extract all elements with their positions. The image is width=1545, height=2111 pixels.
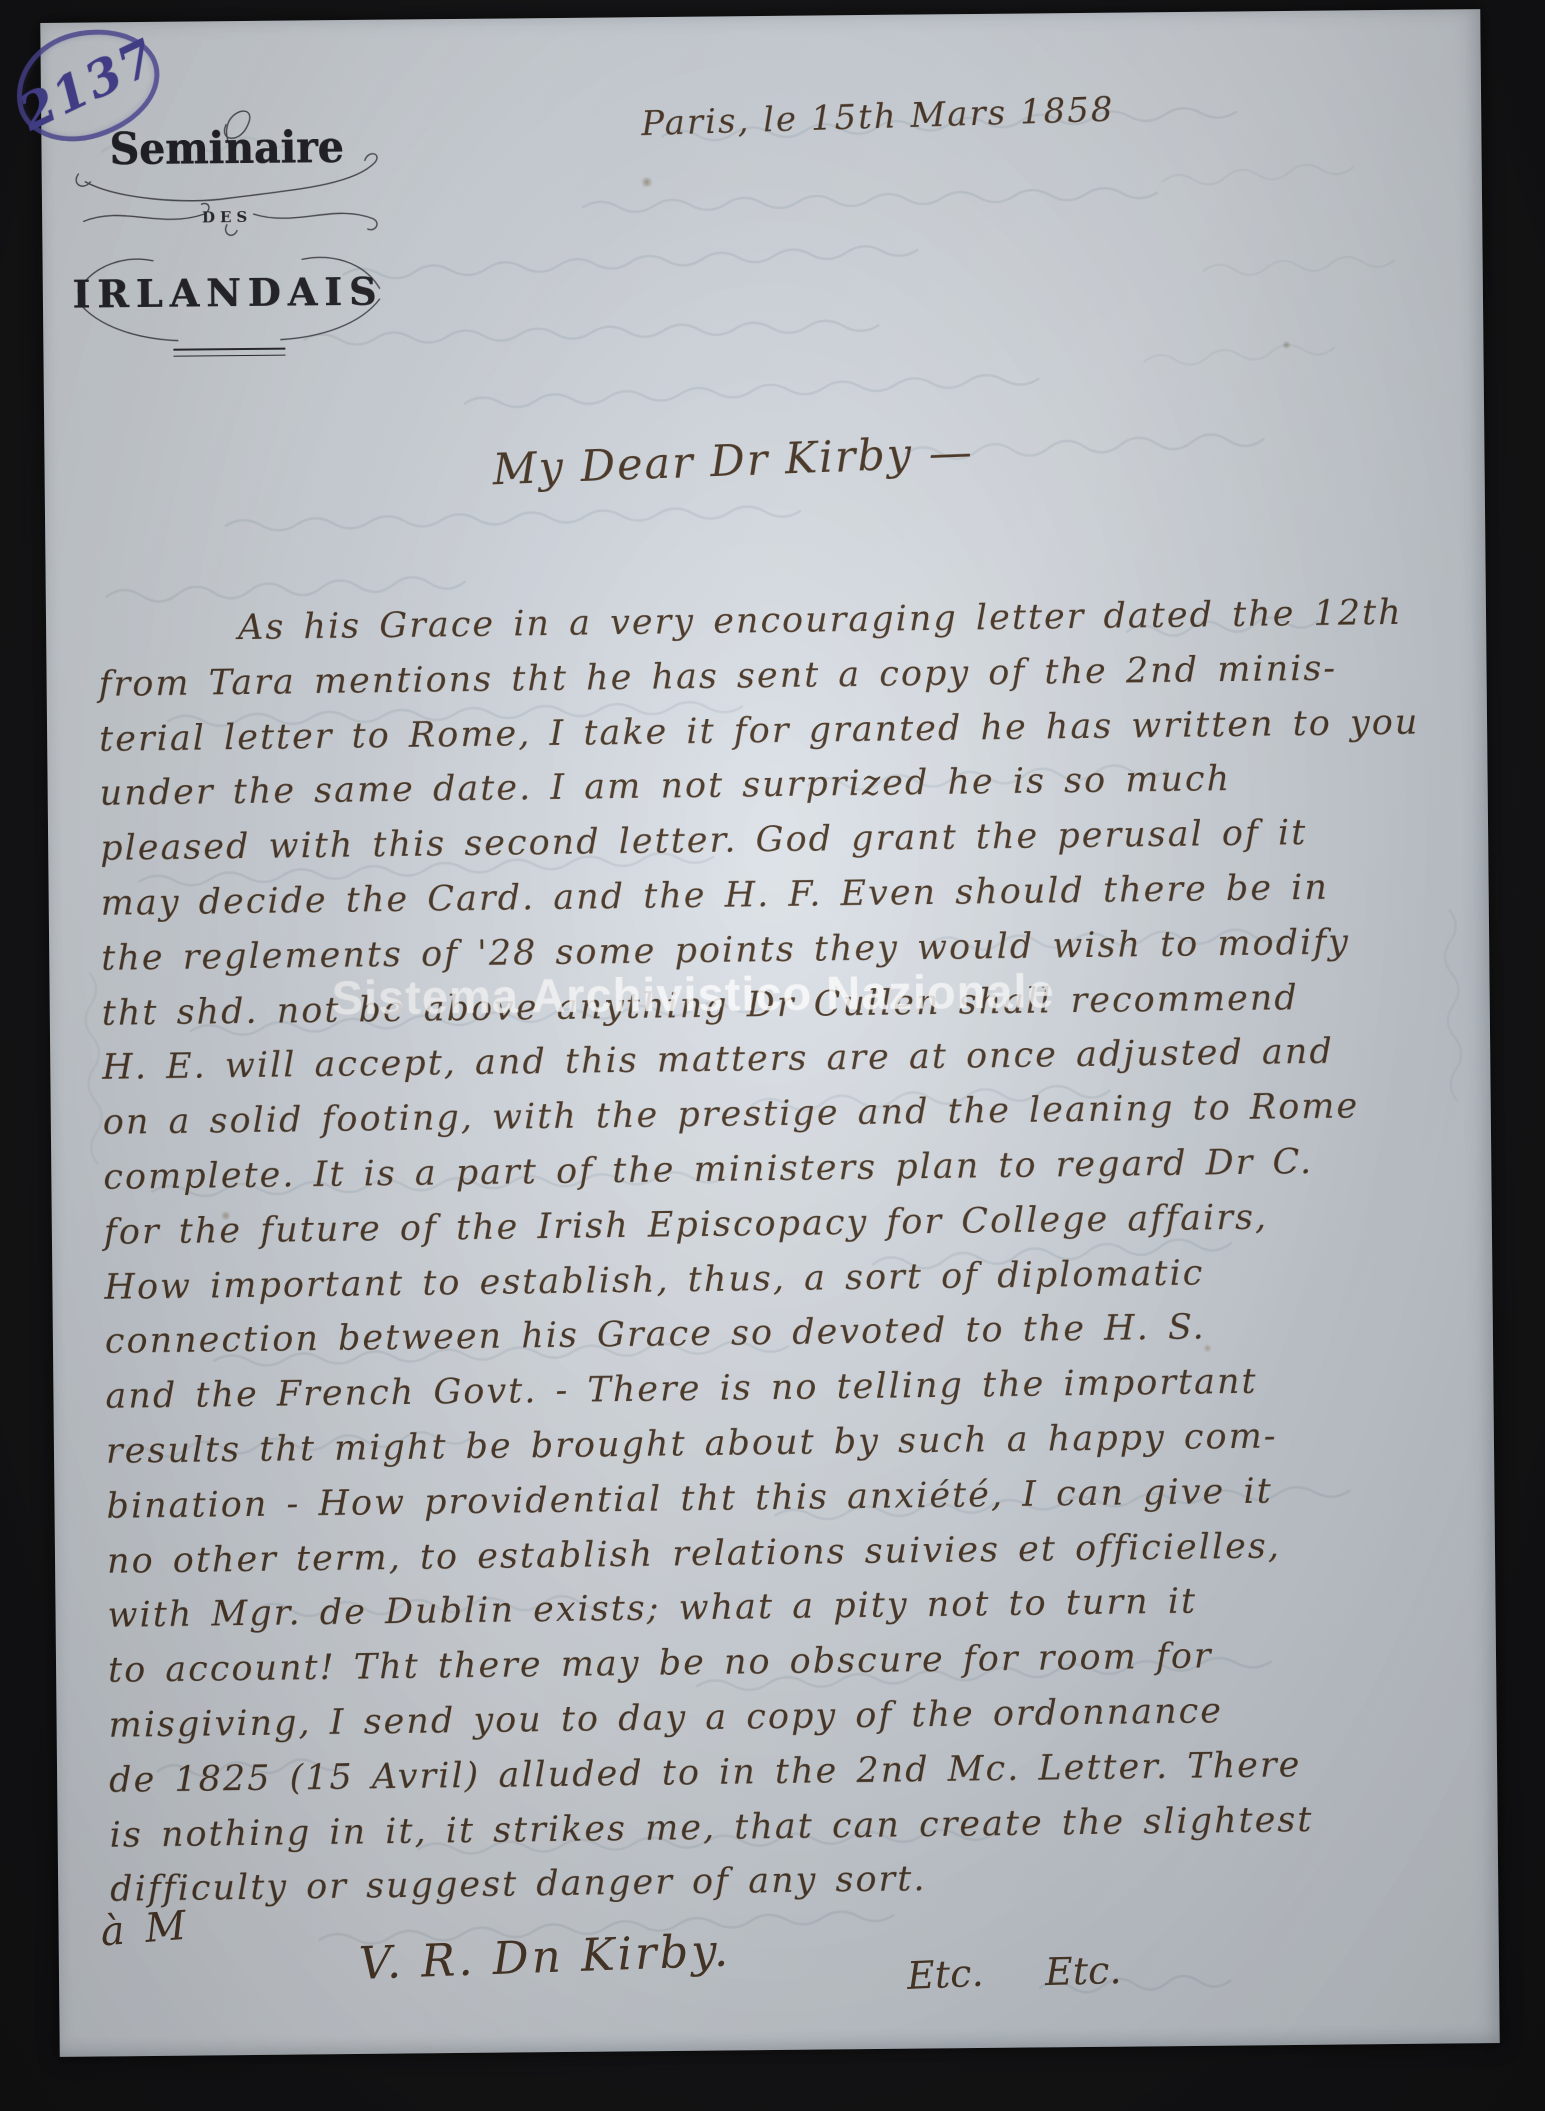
salutation: My Dear Dr Kirby — (492, 427, 975, 495)
letterhead: Seminaire DES IRLANDAIS (56, 105, 399, 408)
letterhead-irlandais: IRLANDAIS (58, 269, 398, 317)
letterhead-rule (173, 348, 285, 357)
dateline: Paris, le 15th Mars 1858 (641, 90, 1115, 144)
etcetera-first: Etc. (906, 1951, 984, 1998)
scanned-letter-photo: 2137 Seminaire DES IRLANDAIS (0, 0, 1545, 2111)
paper-stain (640, 177, 654, 187)
addressee-line: V. R. Dn Kirby. (358, 1924, 732, 1990)
etcetera-second: Etc. (1044, 1948, 1122, 1994)
left-margin-note: à M (99, 1903, 192, 1956)
paper-stain (1281, 341, 1291, 349)
letterhead-title: Seminaire (56, 121, 396, 176)
letter-page: 2137 Seminaire DES IRLANDAIS (40, 9, 1499, 2057)
letter-body: As his Grace in a very encouraging lette… (98, 587, 1507, 1915)
letterhead-des: DES (57, 207, 397, 228)
